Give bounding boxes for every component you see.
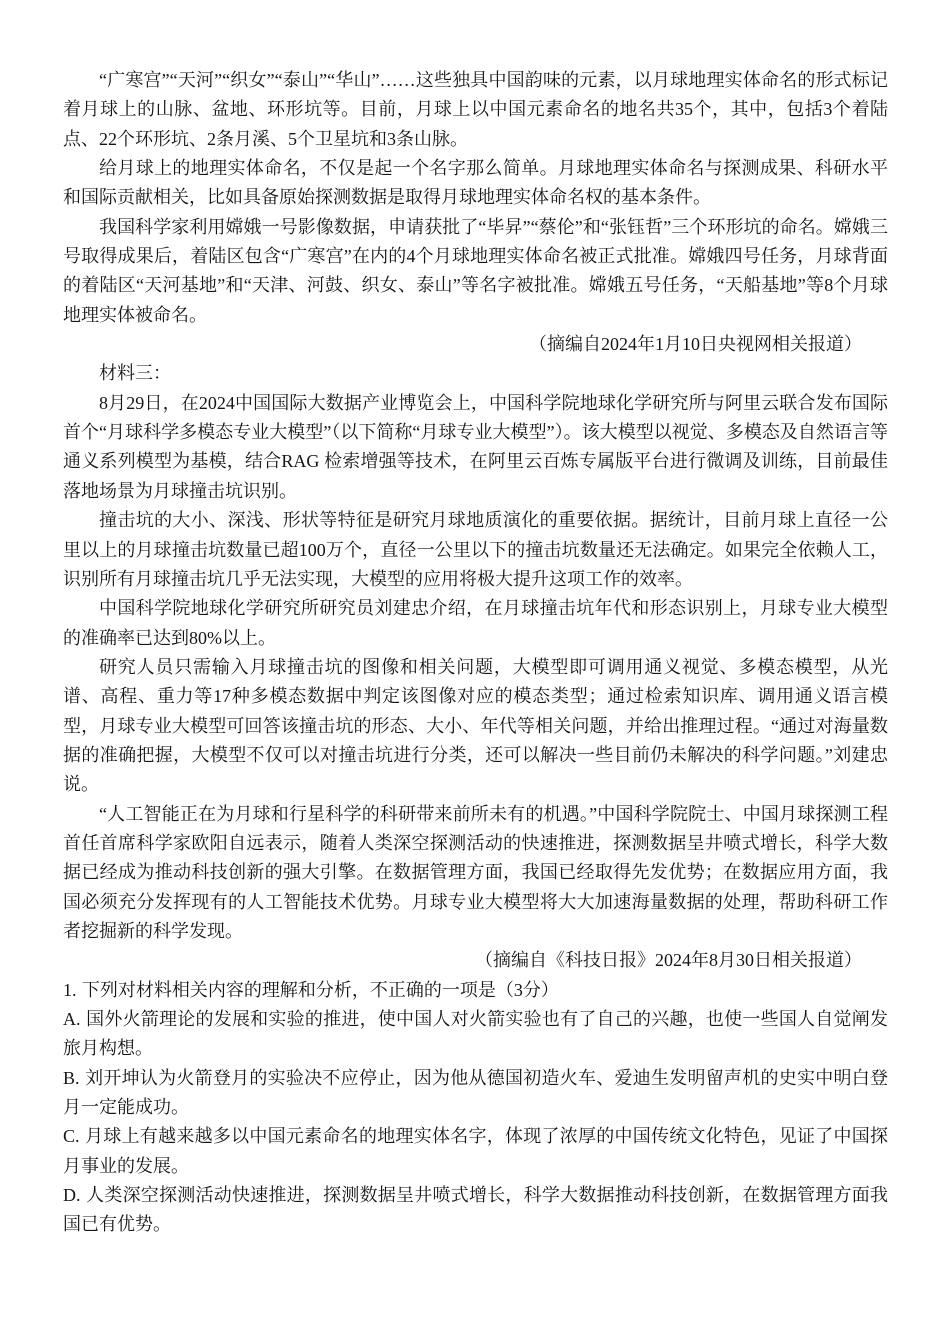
material2-citation: （摘编自2024年1月10日央视网相关报道） [63,330,888,359]
question-1-option-a: A.国外火箭理论的发展和实验的推进，使中国人对火箭实验也有了自己的兴趣，也使一些… [63,1005,888,1064]
option-b-label: B. [63,1068,80,1088]
question-1-text: 下列对材料相关内容的理解和分析，不正确的一项是（3分） [82,980,559,1000]
material3-paragraph-model-capabilities: 研究人员只需输入月球撞击坑的图像和相关问题，大模型即可调用通义视觉、多模态模型，… [63,653,888,800]
question-1-option-b: B.刘开坤认为火箭登月的实验决不应停止，因为他从德国初造火车、爱迪生发明留声机的… [63,1064,888,1123]
material3-paragraph-model-launch: 8月29日，在2024中国国际大数据产业博览会上，中国科学院地球化学研究所与阿里… [63,389,888,506]
question-1-stem: 1.下列对材料相关内容的理解和分析，不正确的一项是（3分） [63,976,888,1005]
option-c-text: 月球上有越来越多以中国元素命名的地理实体名字，体现了浓厚的中国传统文化特色，见证… [63,1126,888,1175]
material2-paragraph-naming-significance: 给月球上的地理实体命名，不仅是起一个名字那么简单。月球地理实体命名与探测成果、科… [63,154,888,213]
question-1-number: 1. [63,980,77,1000]
option-c-label: C. [63,1126,80,1146]
material2-paragraph-moon-naming-elements: “广寒宫”“天河”“织女”“泰山”“华山”……这些独具中国韵味的元素，以月球地理… [63,66,888,154]
material3-paragraph-accuracy: 中国科学院地球化学研究所研究员刘建忠介绍，在月球撞击坑年代和形态识别上，月球专业… [63,594,888,653]
material3-label: 材料三： [63,359,888,388]
material3-paragraph-crater-statistics: 撞击坑的大小、深浅、形状等特征是研究月球地质演化的重要依据。据统计，目前月球上直… [63,506,888,594]
option-d-label: D. [63,1185,81,1205]
question-1-option-c: C.月球上有越来越多以中国元素命名的地理实体名字，体现了浓厚的中国传统文化特色，… [63,1122,888,1181]
document-page: “广寒宫”“天河”“织女”“泰山”“华山”……这些独具中国韵味的元素，以月球地理… [0,0,950,1344]
question-1-option-d: D.人类深空探测活动快速推进，探测数据呈井喷式增长，科学大数据推动科技创新，在数… [63,1181,888,1240]
option-a-text: 国外火箭理论的发展和实验的推进，使中国人对火箭实验也有了自己的兴趣，也使一些国人… [63,1009,888,1058]
material3-paragraph-ai-opportunity: “人工智能正在为月球和行星科学的科研带来前所未有的机遇。”中国科学院院士、中国月… [63,800,888,947]
option-b-text: 刘开坤认为火箭登月的实验决不应停止，因为他从德国初造火车、爱迪生发明留声机的史实… [63,1068,888,1117]
option-a-label: A. [63,1009,81,1029]
option-d-text: 人类深空探测活动快速推进，探测数据呈井喷式增长，科学大数据推动科技创新，在数据管… [63,1185,888,1234]
material2-paragraph-change-missions: 我国科学家利用嫦娥一号影像数据，申请获批了“毕昇”“蔡伦”和“张钰哲”三个环形坑… [63,213,888,330]
material3-citation: （摘编自《科技日报》2024年8月30日相关报道） [63,946,888,975]
